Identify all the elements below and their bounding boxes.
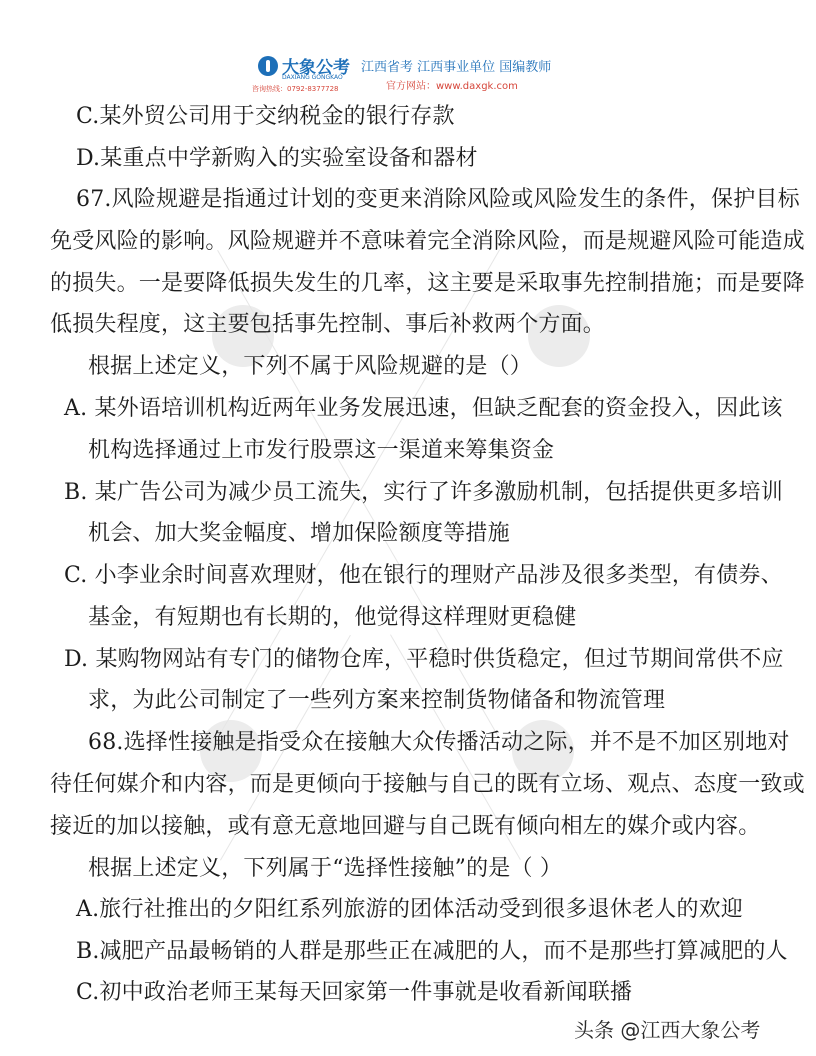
brand-tagline: 江西省考 江西事业单位 国编教师 bbox=[361, 56, 551, 75]
brand-logo-icon bbox=[258, 56, 278, 76]
text-line: 67.风险规避是指通过计划的变更来消除风险或风险发生的条件，保护目标 bbox=[76, 187, 800, 213]
text-line: A. 某外语培训机构近两年业务发展迅速，但缺乏配套的资金投入，因此该 bbox=[64, 396, 783, 422]
text-line: B.减肥产品最畅销的人群是那些正在减肥的人，而不是那些打算减肥的人 bbox=[76, 939, 788, 965]
text-line: D.某重点中学新购入的实验室设备和器材 bbox=[76, 146, 478, 172]
text-line: 低损失程度，这主要包括事先控制、事后补救两个方面。 bbox=[50, 312, 605, 338]
header-banner: 大象公考 DAXIANG GONGKAO 江西省考 江西事业单位 国编教师 咨询… bbox=[258, 52, 568, 94]
text-line: 的损失。一是要降低损失发生的几率，这主要是采取事先控制措施；而是要降 bbox=[50, 271, 805, 297]
text-line: 接近的加以接触，或有意无意地回避与自己既有倾向相左的媒介或内容。 bbox=[50, 814, 760, 840]
text-line: 68.选择性接触是指受众在接触大众传播活动之际，并不是不加区别地对 bbox=[88, 730, 790, 756]
text-line: 机构选择通过上市发行股票这一渠道来筹集资金 bbox=[88, 438, 554, 464]
footer-credit: 头条 @江西大象公考 bbox=[574, 1014, 760, 1043]
text-line: C. 小李业余时间喜欢理财，他在银行的理财产品涉及很多类型，有债券、 bbox=[64, 563, 783, 589]
text-line: B. 某广告公司为减少员工流失，实行了许多激励机制，包括提供更多培训 bbox=[64, 480, 783, 506]
text-line: C.初中政治老师王某每天回家第一件事就是收看新闻联播 bbox=[76, 980, 632, 1006]
text-line: D. 某购物网站有专门的储物仓库，平稳时供货稳定，但过节期间常供不应 bbox=[64, 647, 784, 673]
text-line: C.某外贸公司用于交纳税金的银行存款 bbox=[76, 104, 455, 130]
text-line: 求，为此公司制定了一些列方案来控制货物储备和物流管理 bbox=[88, 688, 665, 714]
website-text: 官方网站：www.daxgk.com bbox=[386, 77, 518, 92]
text-line: 机会、加大奖金幅度、增加保险额度等措施 bbox=[88, 521, 510, 547]
text-line: 根据上述定义，下列不属于风险规避的是（） bbox=[88, 354, 532, 380]
text-line: 待任何媒介和内容，而是更倾向于接触与自己的既有立场、观点、态度一致或 bbox=[50, 772, 805, 798]
brand-subtitle: DAXIANG GONGKAO bbox=[282, 74, 343, 81]
text-line: A.旅行社推出的夕阳红系列旅游的团体活动受到很多退休老人的欢迎 bbox=[76, 897, 743, 923]
text-line: 免受风险的影响。风险规避并不意味着完全消除风险，而是规避风险可能造成 bbox=[50, 229, 805, 255]
text-line: 基金，有短期也有长期的，他觉得这样理财更稳健 bbox=[88, 605, 576, 631]
text-line: 根据上述定义，下列属于“选择性接触”的是（ ） bbox=[88, 856, 562, 882]
hotline-text: 咨询热线：0792-8377728 bbox=[252, 84, 339, 94]
